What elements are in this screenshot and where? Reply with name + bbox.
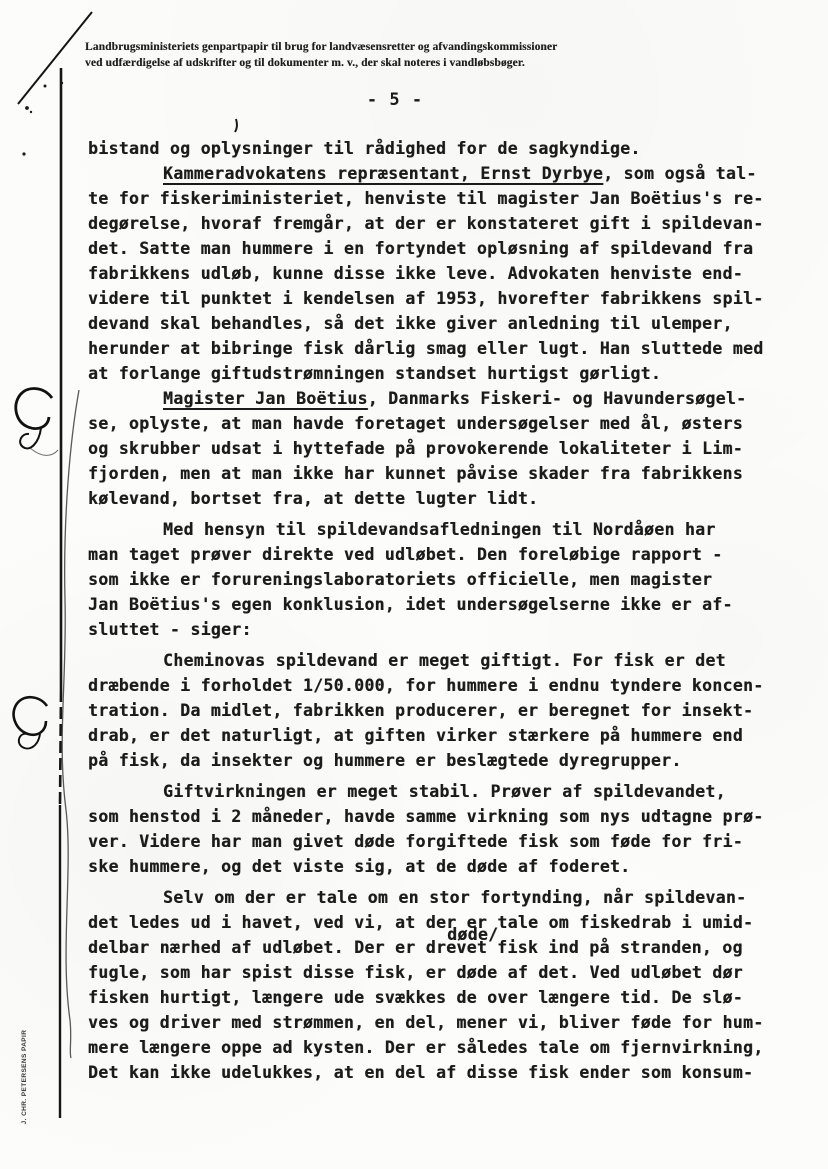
text-run: ske hummere, og det viste sig, at de død… — [88, 857, 630, 876]
ink-dot — [61, 82, 63, 84]
text-line: Det kan ikke udelukkes, at en del af dis… — [88, 1060, 763, 1085]
ink-dot — [44, 85, 47, 88]
text-line: Jan Boëtius's egen konklusion, idet unde… — [88, 592, 763, 617]
text-run: drab, er det naturligt, at giften virker… — [88, 726, 743, 745]
text-run: fisk ind på stranden, og — [497, 938, 743, 957]
text-run: delbar nærhed af udløbet. Der er drevet — [88, 938, 487, 957]
text-run: det. Satte man hummere i en fortyndet op… — [88, 239, 753, 258]
text-run: sluttet - siger: — [88, 620, 252, 639]
text-run: , som også tal- — [603, 164, 757, 183]
text-run: devand skal behandles, så det ikke giver… — [88, 314, 733, 333]
margin-annotation-loop-1 — [16, 389, 58, 456]
text-line: som henstod i 2 måneder, havde samme vir… — [88, 804, 763, 829]
text-line: delbar nærhed af udløbet. Der er drevetd… — [88, 935, 763, 960]
text-run: te for fiskeriministeriet, henviste til … — [88, 189, 763, 208]
text-run: Det kan ikke udelukkes, at en del af dis… — [88, 1063, 753, 1082]
text-line: det. Satte man hummere i en fortyndet op… — [88, 236, 763, 261]
text-line: ske hummere, og det viste sig, at de død… — [88, 854, 763, 879]
text-line: ver. Videre har man givet døde forgifted… — [88, 829, 763, 854]
margin-annotation-loop-2 — [14, 697, 47, 748]
text-line: og skrubber udsat i hyttefade på provoke… — [88, 436, 763, 461]
text-line: bistand og oplysninger til rådighed for … — [88, 136, 763, 161]
text-line: sluttet - siger: — [88, 617, 763, 642]
handwritten-insertion: døde/ — [487, 922, 497, 947]
text-line: devand skal behandles, så det ikke giver… — [88, 311, 763, 336]
text-line: te for fiskeriministeriet, henviste til … — [88, 186, 763, 211]
text-run: at forlange giftudstrømningen standset h… — [88, 364, 661, 383]
text-run: kølevand, bortset fra, at dette lugter l… — [88, 489, 538, 508]
pencil-stroke — [62, 390, 79, 1058]
text-line: Med hensyn til spildevandsafledningen ti… — [88, 517, 763, 542]
text-line: fisken hurtigt, længere ude svækkes de o… — [88, 985, 763, 1010]
text-run: Selv om der er tale om en stor fortyndin… — [163, 888, 746, 907]
text-run: Jan Boëtius's egen konklusion, idet unde… — [88, 595, 733, 614]
underlined-name: Kammeradvokatens repræsentant, Ernst Dyr… — [163, 164, 603, 183]
typewritten-text: bistand og oplysninger til rådighed for … — [88, 136, 763, 1085]
ink-dot — [22, 152, 25, 155]
text-run: dræbende i forholdet 1/50.000, for humme… — [88, 676, 763, 695]
text-run: bistand og oplysninger til rådighed for … — [88, 139, 641, 158]
page-number: - 5 - — [0, 90, 790, 110]
text-line: på fisk, da insekter og hummere er beslæ… — [88, 748, 763, 773]
text-line: mere længere oppe ad kysten. Der er såle… — [88, 1035, 763, 1060]
letterhead-line-2: ved udfærdigelse af udskrifter og til do… — [85, 55, 685, 71]
text-line: det ledes ud i havet, ved vi, at der er … — [88, 910, 763, 935]
text-run: se, oplyste, at man havde foretaget unde… — [88, 414, 743, 433]
text-run: som henstod i 2 måneder, havde samme vir… — [88, 807, 763, 826]
text-line: se, oplyste, at man havde foretaget unde… — [88, 411, 763, 436]
text-run: fugle, som har spist disse fisk, er døde… — [88, 963, 743, 982]
text-line: herunder at bibringe fisk dårlig smag el… — [88, 336, 763, 361]
text-line: man taget prøver direkte ved udløbet. De… — [88, 542, 763, 567]
text-line: dræbende i forholdet 1/50.000, for humme… — [88, 673, 763, 698]
text-line: tration. Da midlet, fabrikken producerer… — [88, 698, 763, 723]
text-run: ves og driver med strømmen, en del, mene… — [88, 1013, 763, 1032]
text-run: Med hensyn til spildevandsafledningen ti… — [163, 520, 716, 539]
text-line: videre til punktet i kendelsen af 1953, … — [88, 286, 763, 311]
text-run: mere længere oppe ad kysten. Der er såle… — [88, 1038, 763, 1057]
text-line: drab, er det naturligt, at giften virker… — [88, 723, 763, 748]
text-run: fjorden, men at man ikke har kunnet påvi… — [88, 464, 743, 483]
text-run: fabrikkens udløb, kunne disse ikke leve.… — [88, 264, 743, 283]
letterhead: Landbrugsministeriets genpartpapir til b… — [85, 39, 685, 71]
text-run: ver. Videre har man givet døde forgifted… — [88, 832, 743, 851]
text-run: Giftvirkningen er meget stabil. Prøver a… — [163, 782, 726, 801]
text-run: Cheminovas spildevand er meget giftigt. … — [163, 651, 726, 670]
text-run: fisken hurtigt, længere ude svækkes de o… — [88, 988, 743, 1007]
stray-ink-mark — [235, 119, 237, 132]
fold-line-dashed — [60, 690, 61, 805]
text-line: Magister Jan Boëtius, Danmarks Fiskeri- … — [88, 386, 763, 411]
paper-brand-vertical-text: J. CHR. PETERSENS PAPIR — [21, 1027, 31, 1127]
text-run: man taget prøver direkte ved udløbet. De… — [88, 545, 723, 564]
text-run: på fisk, da insekter og hummere er beslæ… — [88, 751, 682, 770]
text-line: ves og driver med strømmen, en del, mene… — [88, 1010, 763, 1035]
text-run: det ledes ud i havet, ved vi, at der er … — [88, 913, 753, 932]
text-run: herunder at bibringe fisk dårlig smag el… — [88, 339, 763, 358]
text-line: at forlange giftudstrømningen standset h… — [88, 361, 763, 386]
text-line: Giftvirkningen er meget stabil. Prøver a… — [88, 779, 763, 804]
text-run: som ikke er forureningslaboratoriets off… — [88, 570, 712, 589]
text-line: degørelse, hvoraf fremgår, at der er kon… — [88, 211, 763, 236]
text-line: Kammeradvokatens repræsentant, Ernst Dyr… — [88, 161, 763, 186]
text-line: Selv om der er tale om en stor fortyndin… — [88, 885, 763, 910]
text-run: degørelse, hvoraf fremgår, at der er kon… — [88, 214, 763, 233]
text-run: tration. Da midlet, fabrikken producerer… — [88, 701, 753, 720]
text-run: , Danmarks Fiskeri- og Havundersøgel- — [368, 389, 747, 408]
text-line: Cheminovas spildevand er meget giftigt. … — [88, 648, 763, 673]
text-line: fugle, som har spist disse fisk, er døde… — [88, 960, 763, 985]
text-line: fabrikkens udløb, kunne disse ikke leve.… — [88, 261, 763, 286]
letterhead-line-1: Landbrugsministeriets genpartpapir til b… — [85, 39, 685, 55]
text-line: som ikke er forureningslaboratoriets off… — [88, 567, 763, 592]
text-run: og skrubber udsat i hyttefade på provoke… — [88, 439, 743, 458]
underlined-name: Magister Jan Boëtius — [163, 389, 368, 408]
scanned-document-page: Landbrugsministeriets genpartpapir til b… — [0, 0, 828, 1169]
text-line: fjorden, men at man ikke har kunnet påvi… — [88, 461, 763, 486]
text-line: kølevand, bortset fra, at dette lugter l… — [88, 486, 763, 511]
text-run: videre til punktet i kendelsen af 1953, … — [88, 289, 763, 308]
ink-dot — [30, 111, 32, 113]
